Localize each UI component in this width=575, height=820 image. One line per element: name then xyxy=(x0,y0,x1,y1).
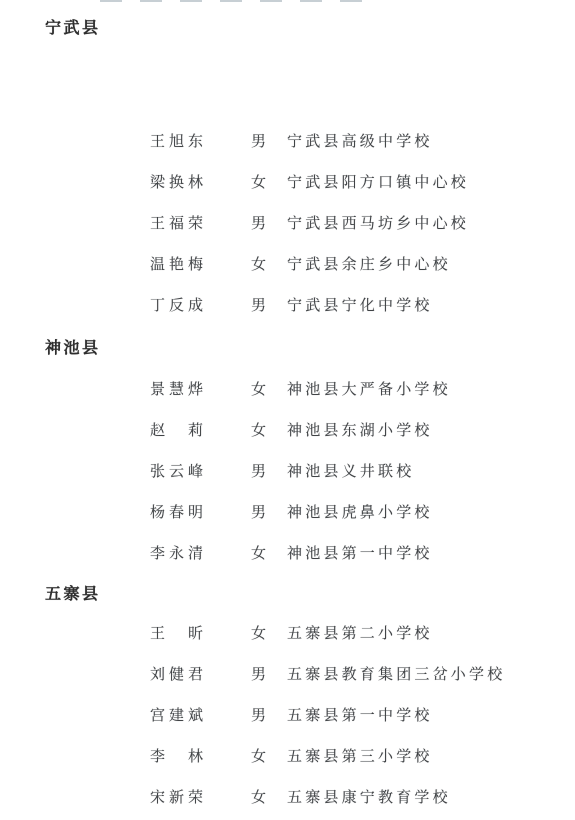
school-cell: 神池县虎鼻小学校 xyxy=(287,501,433,522)
gender-cell: 女 xyxy=(251,419,287,440)
table-row: 宋新荣 女 五寨县康宁教育学校 xyxy=(0,776,575,817)
section-ningwu: 宁武县 王旭东 男 宁武县高级中学校 梁换林 女 宁武县阳方口镇中心校 王福荣 … xyxy=(0,17,575,325)
name-cell: 李 林 xyxy=(150,745,251,766)
gender-cell: 男 xyxy=(251,460,287,481)
gender-cell: 男 xyxy=(251,294,287,315)
name-cell: 王旭东 xyxy=(150,130,251,151)
section-shenchi: 神池县 景慧烨 女 神池县大严备小学校 赵 莉 女 神池县东湖小学校 张云峰 男… xyxy=(0,337,575,573)
county-header: 宁武县 xyxy=(45,17,575,40)
name-cell: 宋新荣 xyxy=(150,786,251,807)
school-cell: 五寨县教育集团三岔小学校 xyxy=(287,663,505,684)
gender-cell: 男 xyxy=(251,704,287,725)
gender-cell: 男 xyxy=(251,663,287,684)
name-cell: 景慧烨 xyxy=(150,378,251,399)
table-row: 李 林 女 五寨县第三小学校 xyxy=(0,735,575,776)
school-cell: 宁武县高级中学校 xyxy=(287,130,433,151)
table-row: 宫建斌 男 五寨县第一中学校 xyxy=(0,694,575,735)
gender-cell: 女 xyxy=(251,253,287,274)
school-cell: 宁武县余庄乡中心校 xyxy=(287,253,451,274)
gender-cell: 女 xyxy=(251,171,287,192)
table-row: 赵 莉 女 神池县东湖小学校 xyxy=(0,409,575,450)
name-cell: 丁反成 xyxy=(150,294,251,315)
table-row: 杨春明 男 神池县虎鼻小学校 xyxy=(0,491,575,532)
gender-cell: 男 xyxy=(251,130,287,151)
gender-cell: 女 xyxy=(251,622,287,643)
section-rows: 景慧烨 女 神池县大严备小学校 赵 莉 女 神池县东湖小学校 张云峰 男 神池县… xyxy=(0,368,575,573)
section-rows: 王 昕 女 五寨县第二小学校 刘健君 男 五寨县教育集团三岔小学校 宫建斌 男 … xyxy=(0,612,575,817)
section-rows: 王旭东 男 宁武县高级中学校 梁换林 女 宁武县阳方口镇中心校 王福荣 男 宁武… xyxy=(0,120,575,325)
table-row: 景慧烨 女 神池县大严备小学校 xyxy=(0,368,575,409)
scan-artifact xyxy=(100,0,362,2)
school-cell: 神池县第一中学校 xyxy=(287,542,433,563)
name-cell: 王福荣 xyxy=(150,212,251,233)
table-row: 李永清 女 神池县第一中学校 xyxy=(0,532,575,573)
gender-cell: 女 xyxy=(251,542,287,563)
table-row: 刘健君 男 五寨县教育集团三岔小学校 xyxy=(0,653,575,694)
name-cell: 张云峰 xyxy=(150,460,251,481)
table-row: 梁换林 女 宁武县阳方口镇中心校 xyxy=(0,161,575,202)
name-cell: 梁换林 xyxy=(150,171,251,192)
name-cell: 王 昕 xyxy=(150,622,251,643)
county-header: 五寨县 xyxy=(45,583,575,606)
school-cell: 神池县东湖小学校 xyxy=(287,419,433,440)
school-cell: 五寨县第三小学校 xyxy=(287,745,433,766)
school-cell: 宁武县阳方口镇中心校 xyxy=(287,171,469,192)
table-row: 温艳梅 女 宁武县余庄乡中心校 xyxy=(0,243,575,284)
name-cell: 宫建斌 xyxy=(150,704,251,725)
gender-cell: 女 xyxy=(251,786,287,807)
name-cell: 刘健君 xyxy=(150,663,251,684)
name-list: 宁武县 王旭东 男 宁武县高级中学校 梁换林 女 宁武县阳方口镇中心校 王福荣 … xyxy=(0,0,575,817)
school-cell: 宁武县西马坊乡中心校 xyxy=(287,212,469,233)
document-page: 宁武县 王旭东 男 宁武县高级中学校 梁换林 女 宁武县阳方口镇中心校 王福荣 … xyxy=(0,0,575,820)
gender-cell: 男 xyxy=(251,212,287,233)
school-cell: 神池县义井联校 xyxy=(287,460,414,481)
table-row: 王福荣 男 宁武县西马坊乡中心校 xyxy=(0,202,575,243)
gender-cell: 男 xyxy=(251,501,287,522)
name-cell: 温艳梅 xyxy=(150,253,251,274)
county-header: 神池县 xyxy=(45,337,575,360)
name-cell: 赵 莉 xyxy=(150,419,251,440)
gender-cell: 女 xyxy=(251,378,287,399)
section-wuzhai: 五寨县 王 昕 女 五寨县第二小学校 刘健君 男 五寨县教育集团三岔小学校 宫建… xyxy=(0,583,575,817)
gender-cell: 女 xyxy=(251,745,287,766)
table-row: 张云峰 男 神池县义井联校 xyxy=(0,450,575,491)
school-cell: 宁武县宁化中学校 xyxy=(287,294,433,315)
name-cell: 李永清 xyxy=(150,542,251,563)
name-cell: 杨春明 xyxy=(150,501,251,522)
table-row: 王 昕 女 五寨县第二小学校 xyxy=(0,612,575,653)
school-cell: 五寨县第二小学校 xyxy=(287,622,433,643)
school-cell: 五寨县第一中学校 xyxy=(287,704,433,725)
table-row: 丁反成 男 宁武县宁化中学校 xyxy=(0,284,575,325)
school-cell: 神池县大严备小学校 xyxy=(287,378,451,399)
school-cell: 五寨县康宁教育学校 xyxy=(287,786,451,807)
table-row: 王旭东 男 宁武县高级中学校 xyxy=(0,120,575,161)
